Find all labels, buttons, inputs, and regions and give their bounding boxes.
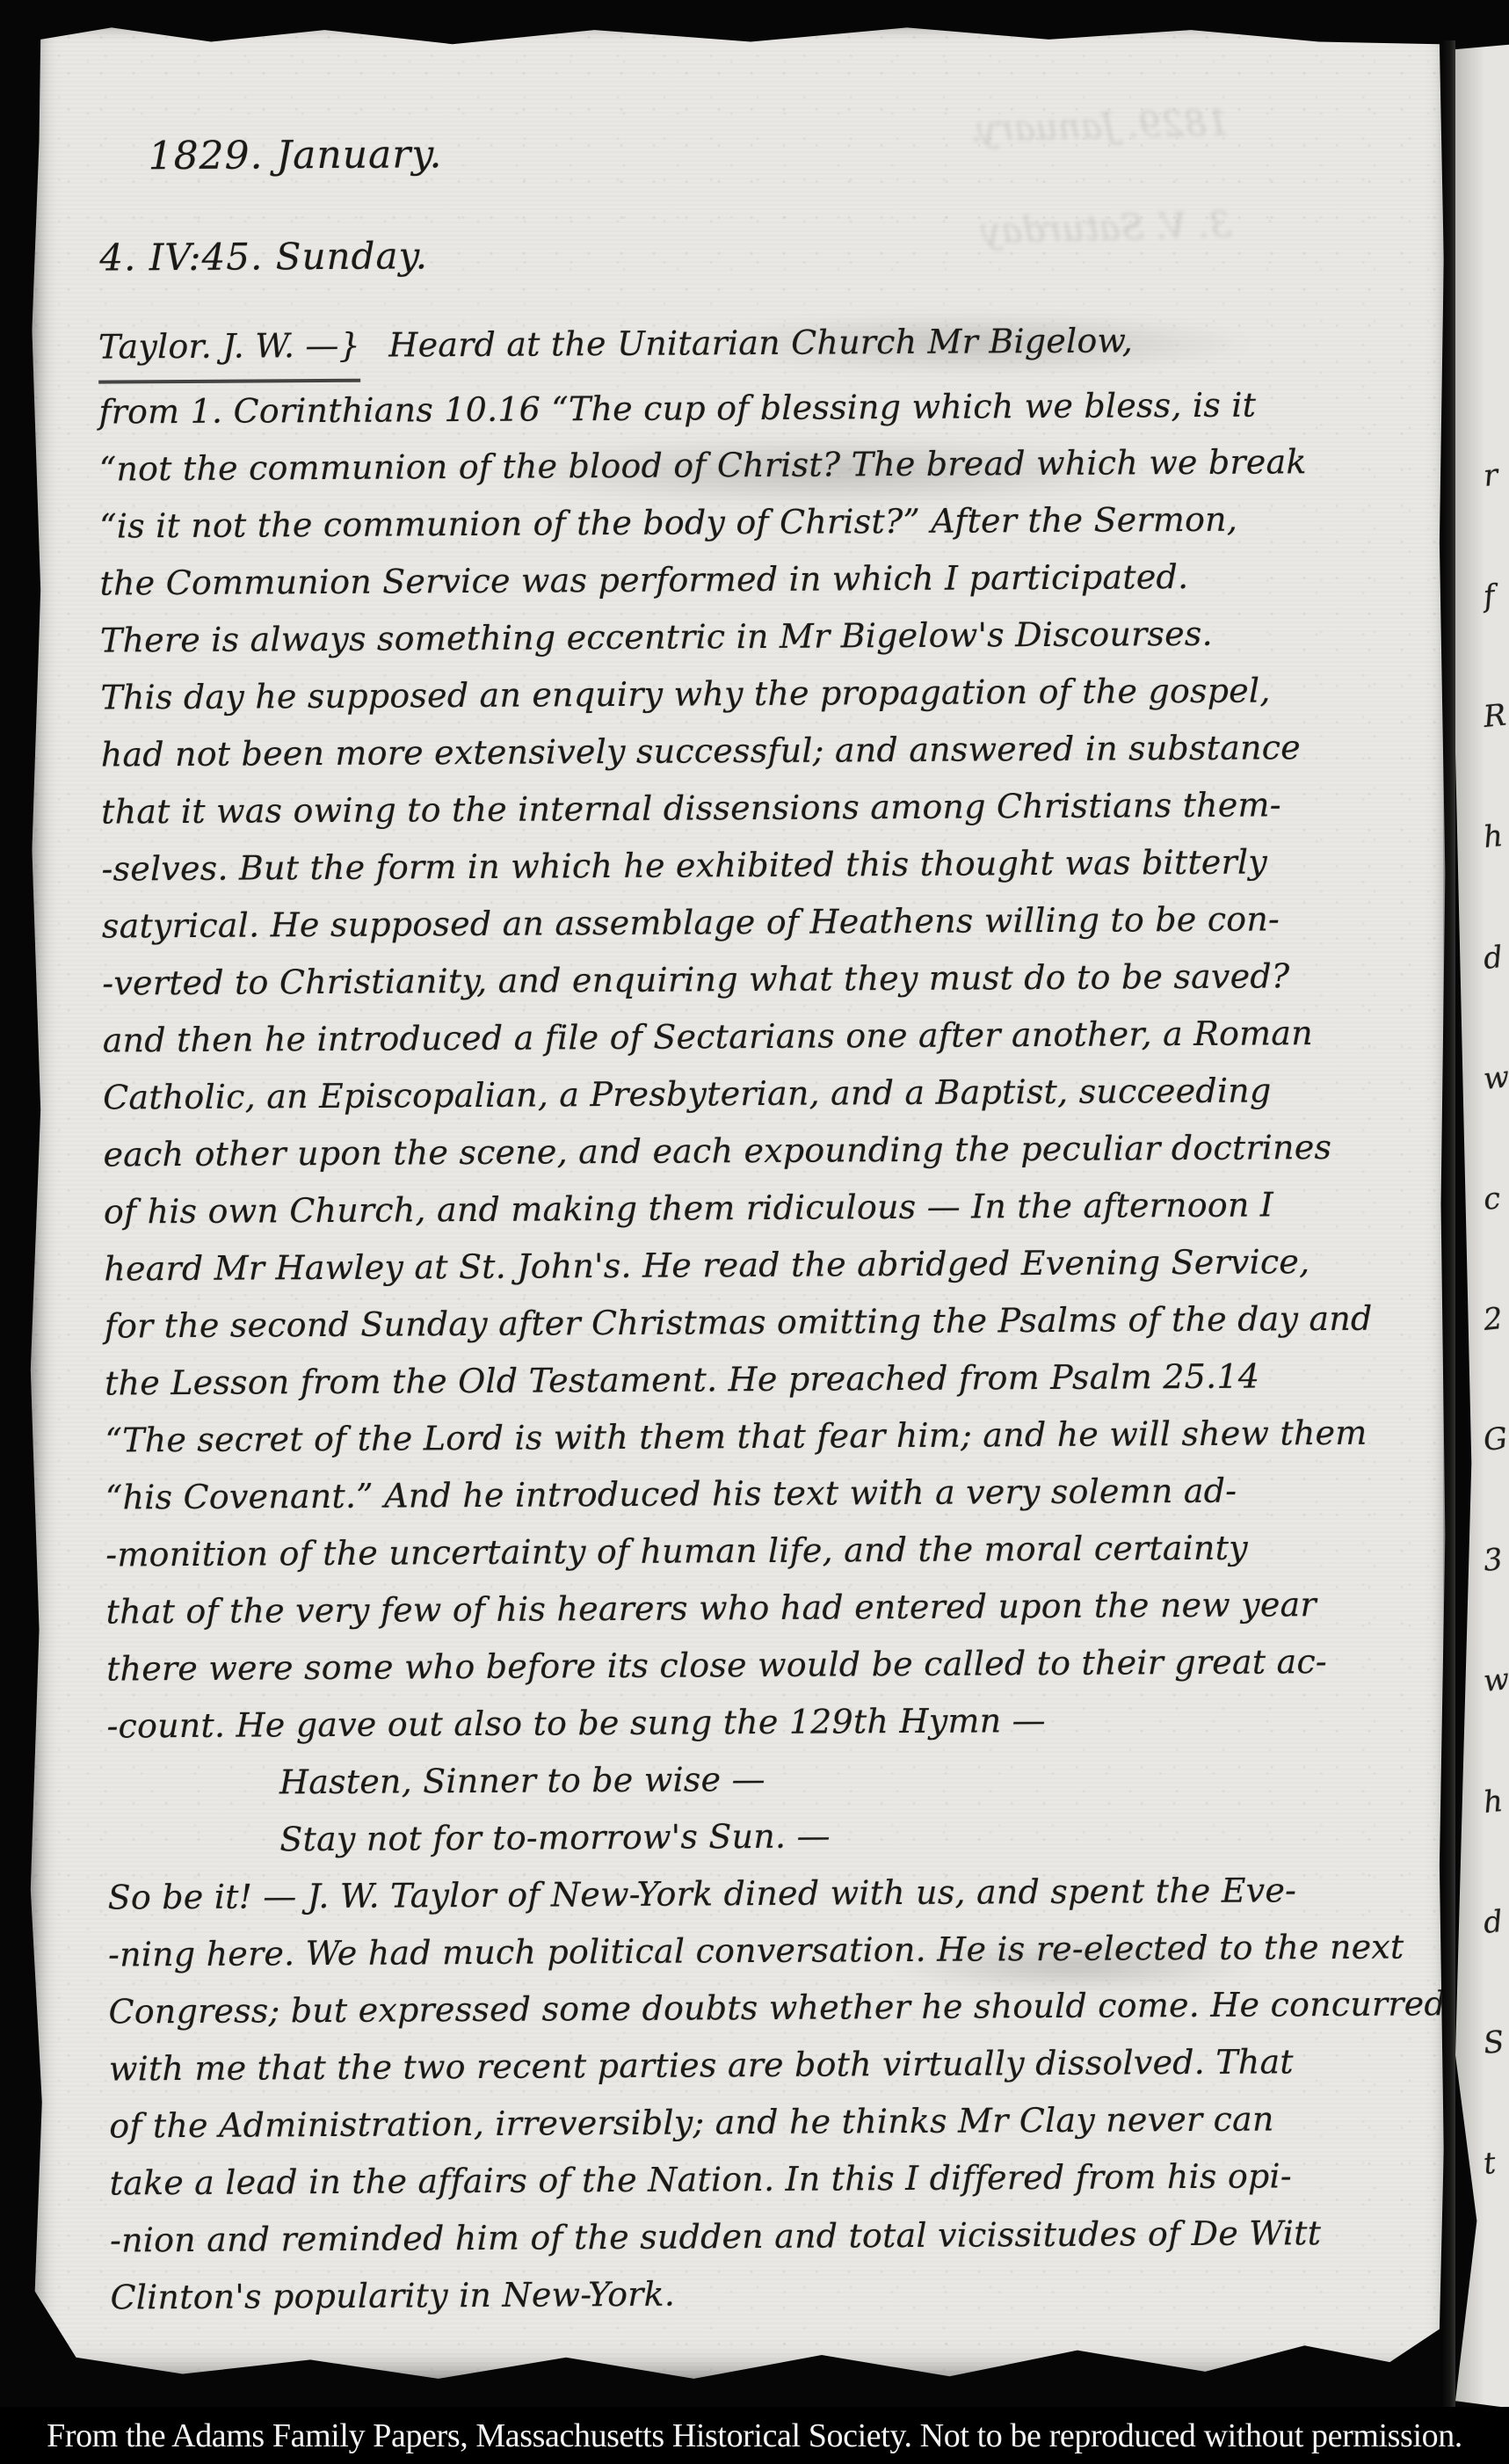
- manuscript-line: “The secret of the Lord is with them tha…: [105, 1404, 1414, 1469]
- hymn-line: Hasten, Sinner to be wise —: [107, 1747, 1417, 1812]
- manuscript-line: -verted to Christianity, and enquiring w…: [102, 947, 1411, 1012]
- hymn-quote: Hasten, Sinner to be wise —Stay not for …: [107, 1747, 1418, 1869]
- manuscript-line: that it was owing to the internal dissen…: [101, 775, 1411, 840]
- manuscript-line: that of the very few of his hearers who …: [106, 1575, 1416, 1640]
- credit-bar: From the Adams Family Papers, Massachuse…: [0, 2407, 1509, 2464]
- manuscript-line: and then he introduced a file of Sectari…: [103, 1004, 1412, 1069]
- entry-body: from 1. Corinthians 10.16 “The cup of bl…: [98, 375, 1417, 1755]
- manuscript-line: the Communion Service was performed in w…: [99, 547, 1409, 612]
- manuscript-line: the Lesson from the Old Testament. He pr…: [105, 1347, 1414, 1412]
- year-heading: 1829. January.: [148, 126, 1406, 179]
- manuscript-line: Catholic, an Episcopalian, a Presbyteria…: [103, 1061, 1412, 1126]
- manuscript-line: Congress; but expressed some doubts whet…: [108, 1975, 1418, 2040]
- manuscript-line: “his Covenant.” And he introduced his te…: [105, 1461, 1415, 1526]
- manuscript-line: from 1. Corinthians 10.16 “The cup of bl…: [98, 375, 1408, 440]
- hymn-line: Stay not for to-morrow's Sun. —: [107, 1804, 1417, 1869]
- manuscript-line: of the Administration, irreversibly; and…: [109, 2090, 1418, 2155]
- manuscript-line: satyrical. He supposed an assemblage of …: [102, 890, 1411, 955]
- manuscript-line: There is always something eccentric in M…: [100, 604, 1410, 669]
- binding-gutter: [1443, 40, 1455, 2417]
- manuscript-line: -nion and reminded him of the sudden and…: [110, 2204, 1419, 2269]
- manuscript-line: -monition of the uncertainty of human li…: [105, 1518, 1415, 1583]
- manuscript-line: This day he supposed an enquiry why the …: [100, 661, 1410, 726]
- manuscript-line: “not the communion of the blood of Chris…: [99, 432, 1409, 498]
- entry-first-line: Taylor. J. W. —} Heard at the Unitarian …: [98, 310, 1408, 383]
- manuscript-line: for the second Sunday after Christmas om…: [105, 1290, 1414, 1355]
- entry-closing: So be it! — J. W. Taylor of New-York din…: [108, 1861, 1420, 2326]
- manuscript-line: “is it not the communion of the body of …: [99, 490, 1409, 555]
- manuscript-line: -count. He gave out also to be sung the …: [106, 1690, 1416, 1755]
- manuscript-page: 1829. January.3. V. Saturday 1829. Janua…: [26, 23, 1447, 2386]
- handwriting-layer: 1829. January. 4. IV:45. Sunday. Taylor.…: [97, 110, 1419, 2326]
- credit-text: From the Adams Family Papers, Massachuse…: [47, 2417, 1462, 2455]
- manuscript-line: there were some who before its close wou…: [106, 1632, 1416, 1697]
- manuscript-line: of his own Church, and making them ridic…: [104, 1175, 1413, 1240]
- entry-first-line-text: Heard at the Unitarian Church Mr Bigelow…: [388, 321, 1133, 364]
- manuscript-line: take a lead in the affairs of the Nation…: [109, 2147, 1418, 2212]
- manuscript-line: So be it! — J. W. Taylor of New-York din…: [108, 1861, 1418, 1926]
- manuscript-line: Clinton's popularity in New-York.: [110, 2261, 1419, 2326]
- manuscript-line: -selves. But the form in which he exhibi…: [101, 832, 1411, 898]
- manuscript-line: heard Mr Hawley at St. John's. He read t…: [104, 1232, 1413, 1297]
- manuscript-line: with me that the two recent parties are …: [109, 2032, 1418, 2097]
- manuscript-line: each other upon the scene, and each expo…: [103, 1118, 1412, 1183]
- manuscript-line: had not been more extensively successful…: [101, 718, 1411, 783]
- entry-author-label: Taylor. J. W. —}: [98, 317, 361, 384]
- facing-page-edge: [1455, 42, 1509, 2410]
- date-heading: 4. IV:45. Sunday.: [99, 228, 1407, 280]
- manuscript-line: -ning here. We had much political conver…: [108, 1918, 1418, 1983]
